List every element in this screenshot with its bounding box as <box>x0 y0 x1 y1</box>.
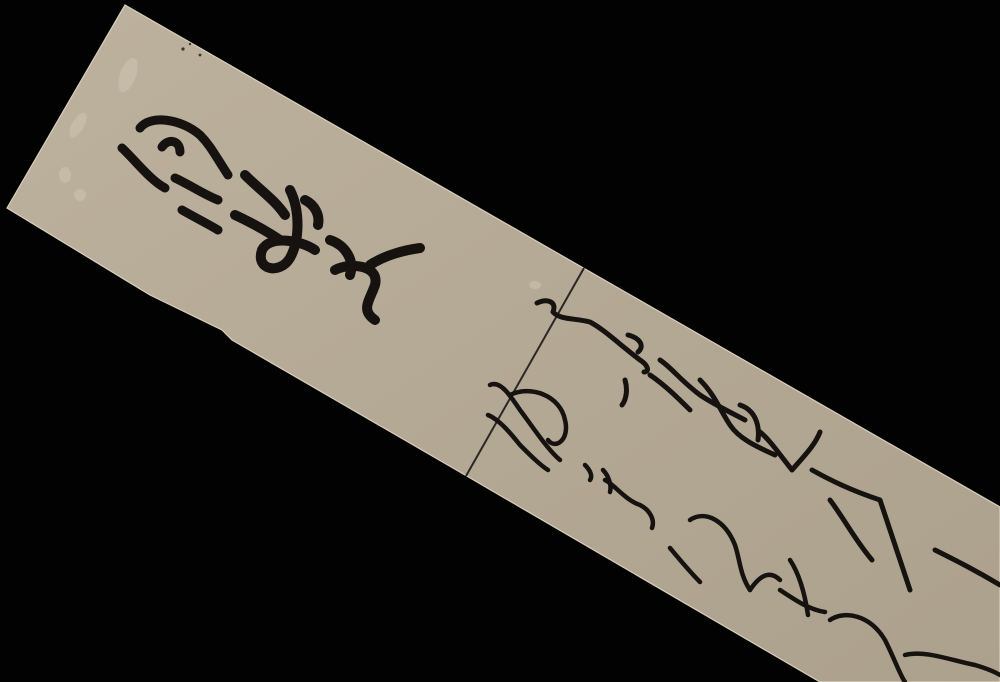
calligraphy-photo: Handwritten Japanese calligraphy on a di… <box>0 0 1000 682</box>
